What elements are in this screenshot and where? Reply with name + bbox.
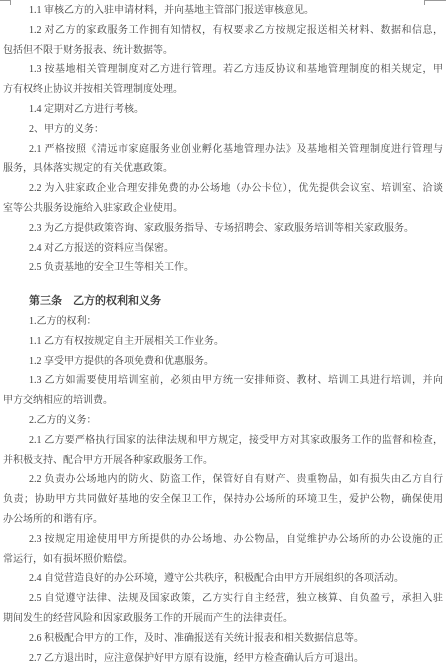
document-line: 2.6 积极配合甲方的工作，及时、准确报送有关统计报表和相关数据信息等。 [3, 629, 443, 649]
document-line: 1.3 乙方如需要使用培训室前，必须由甲方统一安排师资、教材、培训工具进行培训，… [3, 371, 443, 391]
document-line: 2.7 乙方退出时，应注意保护好甲方原有设施，经甲方检查确认后方可退出。 [3, 649, 443, 667]
document-line: 常运行，如有损坏照价赔偿。 [3, 550, 443, 570]
document-line: 方有权终止协议并按相关管理制度处理。 [3, 80, 443, 100]
document-line: 1.1 乙方有权按规定自主开展相关工作业务。 [3, 332, 443, 352]
document-line: 2.3 按规定用途使用甲方所提供的办公场地、办公物品，自觉维护办公场所的办公设施… [3, 530, 443, 550]
document-line: 2.4 自觉营造良好的办公环境，遵守公共秩序，积极配合由甲方开展组织的各项活动。 [3, 569, 443, 589]
document-line: 负责；协助甲方共同做好基地的安全保卫工作，保持办公场所的环境卫生，爱护公物，确保… [3, 490, 443, 510]
document-line: 2.5 负责基地的安全卫生等相关工作。 [3, 258, 443, 278]
document-line: 服务，具体落实规定的有关优惠政策。 [3, 159, 443, 179]
document-line: 2.1 严格按照《清远市家庭服务业创业孵化基地管理办法》及基地相关管理制度进行管… [3, 140, 443, 160]
document-line: 2.2 为入驻家政企业合理安排免费的办公场地（办公卡位），优先提供会议室、培训室… [3, 179, 443, 199]
document-line: 期间发生的经营风险和因家政服务工作的开展而产生的法律责任。 [3, 609, 443, 629]
document-line: 室等公共服务设施给入驻家政企业使用。 [3, 199, 443, 219]
document-line: 1.2 享受甲方提供的各项免费和优惠服务。 [3, 352, 443, 372]
document-line: 并积极支持、配合甲方开展各种家政服务工作。 [3, 451, 443, 471]
document-line: 2.乙方的义务： [3, 411, 443, 431]
document-line: 2.3 为乙方提供政策咨询、家政服务指导、专场招聘会、家政服务培训等相关家政服务… [3, 219, 443, 239]
document-line: 2.2 负责办公场地内的防火、防盗工作，保管好自有财产、贵重物品，如有损失由乙方… [3, 470, 443, 490]
document-line: 1.乙方的权利： [3, 312, 443, 332]
document-body: 1.1 审核乙方的入驻申请材料，并向基地主管部门报送审核意见。1.2 对乙方的家… [0, 1, 446, 667]
document-line: 1.1 审核乙方的入驻申请材料，并向基地主管部门报送审核意见。 [3, 1, 443, 21]
document-line: 2.5 自觉遵守法律、法规及国家政策，乙方实行自主经营，独立核算、自负盈亏，承担… [3, 589, 443, 609]
section-heading: 第三条 乙方的权利和义务 [3, 292, 443, 312]
document-line: 2.1 乙方要严格执行国家的法律法规和甲方规定，接受甲方对其家政服务工作的监督和… [3, 431, 443, 451]
document-line: 1.4 定期对乙方进行考核。 [3, 100, 443, 120]
document-line: 办公场所的和谐有序。 [3, 510, 443, 530]
document-line: 2、甲方的义务： [3, 120, 443, 140]
document-line: 1.3 按基地相关管理制度对乙方进行管理。若乙方违反协议和基地管理制度的相关规定… [3, 60, 443, 80]
document-line: 甲方交纳相应的培训费。 [3, 391, 443, 411]
document-line: 2.4 对乙方报送的资料应当保密。 [3, 239, 443, 259]
document-line: 包括但不限于财务报表、统计数据等。 [3, 41, 443, 61]
document-line: 1.2 对乙方的家政服务工作拥有知情权，有权要求乙方按规定报送相关材料、数据和信… [3, 21, 443, 41]
